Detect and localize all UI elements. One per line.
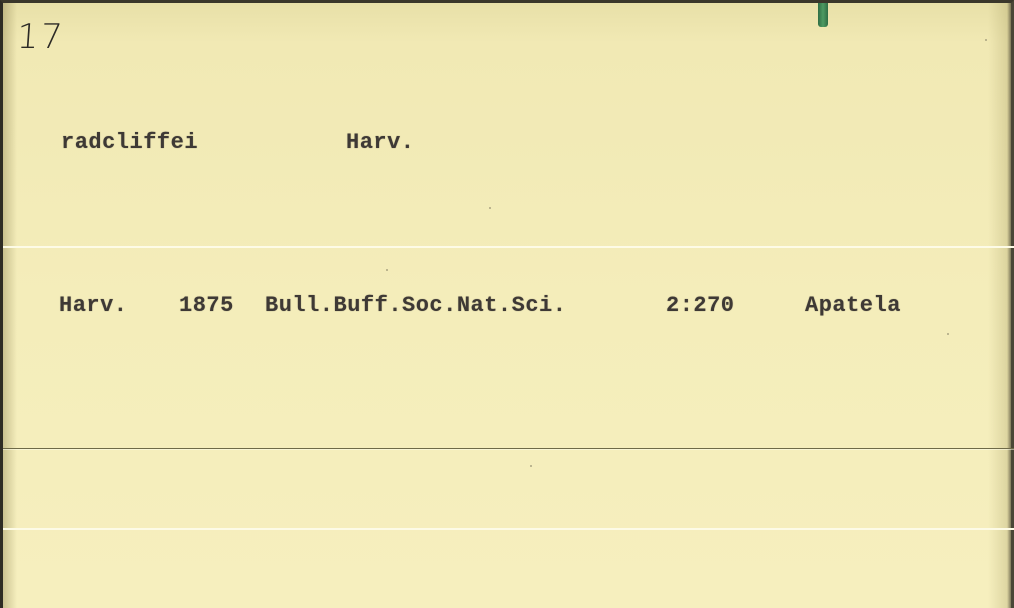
paper-speck [489, 207, 491, 209]
paper-speck [985, 39, 987, 41]
reference-publication: Bull.Buff.Soc.Nat.Sci. [265, 293, 566, 318]
card-tab-marker [818, 3, 828, 27]
reference-year: 1875 [179, 293, 234, 318]
divider-line [3, 528, 1014, 530]
species-name: radcliffei [61, 130, 198, 155]
index-card: 17 radcliffei Harv. Harv. 1875 Bull.Buff… [0, 0, 1014, 608]
reference-volume-page: 2:270 [666, 293, 735, 318]
reference-author: Harv. [59, 293, 128, 318]
reference-original-genus: Apatela [805, 293, 901, 318]
paper-speck [947, 333, 949, 335]
paper-speck [386, 269, 388, 271]
species-author: Harv. [346, 130, 415, 155]
card-number: 17 [16, 17, 66, 57]
divider-line [3, 246, 1014, 248]
divider-line [3, 448, 1014, 449]
paper-speck [530, 465, 532, 467]
